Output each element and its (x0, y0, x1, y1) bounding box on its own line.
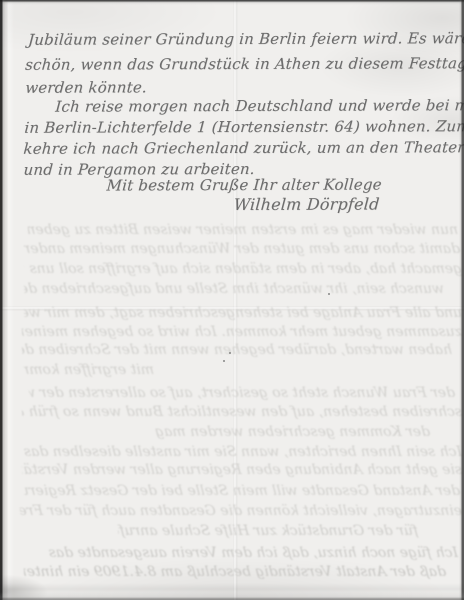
ink-speck (229, 352, 231, 354)
handwritten-line: Mit bestem Gruße Ihr alter Kollege (106, 176, 382, 193)
handwritten-line: Wilhelm Dörpfeld (233, 195, 380, 213)
scanned-letter-page: nun wieder mag es im ersten meiner weise… (0, 0, 464, 600)
ink-speck (223, 360, 225, 362)
handwritten-line: Ich reise morgen nach Deutschland und we… (55, 97, 464, 115)
handwritten-line: kehre ich nach Griechenland zurück, um a… (23, 139, 464, 157)
ink-speck (328, 293, 330, 295)
handwritten-line: werden könnte. (25, 79, 148, 96)
handwritten-line: Jubiläum seiner Gründung in Berlin feier… (28, 30, 464, 48)
handwritten-line: in Berlin-Lichterfelde 1 (Hortensienstr.… (24, 118, 464, 136)
letter-text: Jubiläum seiner Gründung in Berlin feier… (0, 0, 464, 600)
handwritten-line: schön, wenn das Grundstück in Athen zu d… (25, 55, 464, 73)
